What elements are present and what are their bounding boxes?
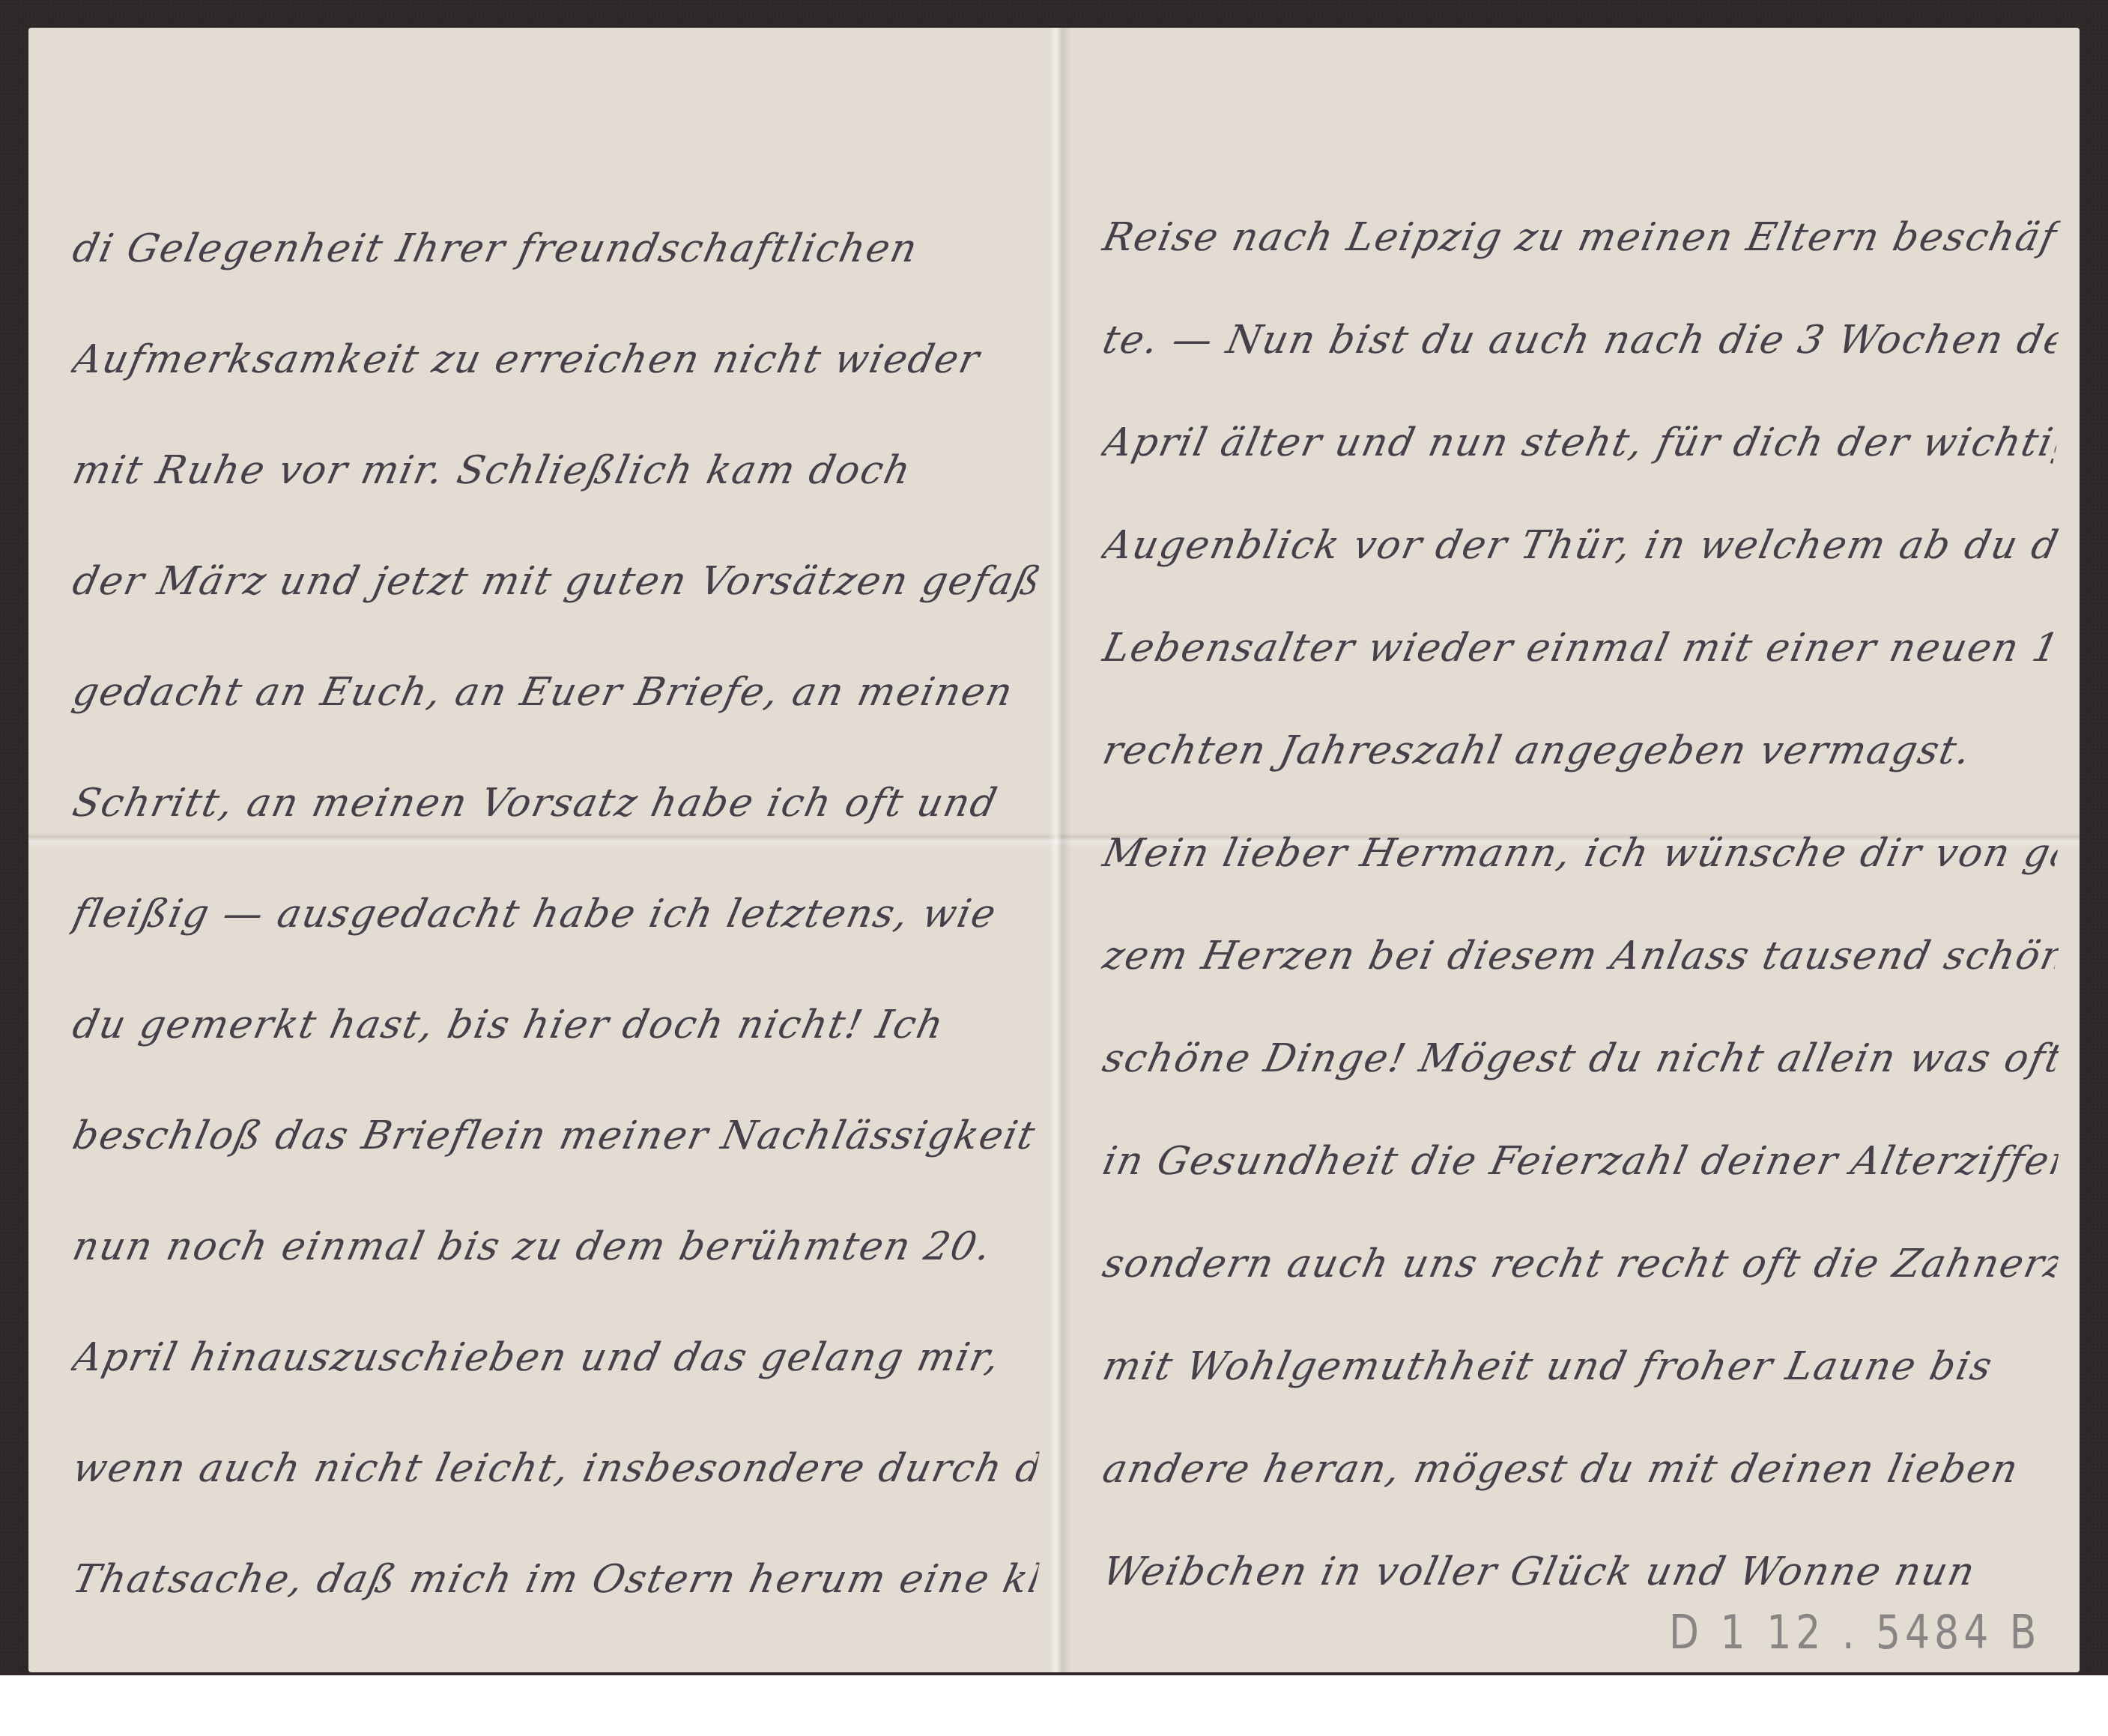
handwritten-line: mit Wohlgemuthheit und froher Laune bis [1094,1325,2065,1408]
handwritten-line: andere heran, mögest du mit deinen liebe… [1094,1428,2065,1510]
handwritten-line: di Gelegenheit Ihrer freundschaftlichen [64,208,1044,290]
letter-sheet: di Gelegenheit Ihrer freundschaftlichen … [28,28,2080,1672]
handwritten-line: sondern auch uns recht recht oft die Zah… [1094,1223,2065,1305]
handwritten-line: April älter und nun steht, für dich der … [1094,402,2065,484]
handwritten-line: gedacht an Euch, an Euer Briefe, an mein… [64,651,1044,734]
handwritten-line: Aufmerksamkeit zu erreichen nicht wieder [64,318,1044,401]
handwritten-line: in Gesundheit die Feierzahl deiner Alter… [1094,1120,2065,1203]
handwritten-line: Mein lieber Hermann, ich wünsche dir von… [1094,812,2065,895]
handwritten-line: Schritt, an meinen Vorsatz habe ich oft … [64,762,1044,844]
handwritten-line: Weibchen in voller Glück und Wonne nun [1094,1531,2065,1613]
handwritten-line: Thatsache, daß mich im Ostern herum eine… [64,1538,1044,1621]
handwritten-line: fleißig — ausgedacht habe ich letztens, … [64,873,1044,955]
handwritten-line: Augenblick vor der Thür, in welchem ab d… [1094,504,2065,587]
handwritten-line: mit Ruhe vor mir. Schließlich kam doch [64,429,1044,512]
handwritten-line: du gemerkt hast, bis hier doch nicht! Ic… [64,984,1044,1066]
left-page: di Gelegenheit Ihrer freundschaftlichen … [28,28,1058,1672]
handwritten-line: April hinauszuschieben und das gelang mi… [64,1316,1044,1399]
handwritten-line: nun noch einmal bis zu dem berühmten 20. [64,1206,1044,1288]
handwritten-line: Reise nach Leipzig zu meinen Eltern besc… [1094,196,2065,279]
right-page: Reise nach Leipzig zu meinen Eltern besc… [1058,28,2080,1672]
handwritten-line: zem Herzen bei diesem Anlass tausend sch… [1094,915,2065,997]
archive-call-number: D 1 12 . 5484 B [1669,1606,2041,1660]
handwritten-line: Lebensalter wieder einmal mit einer neue… [1094,607,2065,689]
handwritten-line: te. — Nun bist du auch nach die 3 Wochen… [1094,299,2065,381]
handwritten-line: wenn auch nicht leicht, insbesondere dur… [64,1427,1044,1510]
handwritten-line: beschloß das Brieflein meiner Nachlässig… [64,1095,1044,1177]
handwritten-line: rechten Jahreszahl angegeben vermagst. [1094,710,2065,792]
handwritten-line: schöne Dinge! Mögest du nicht allein was… [1094,1017,2065,1100]
handwritten-line: der März und jetzt mit guten Vorsätzen g… [64,540,1044,623]
